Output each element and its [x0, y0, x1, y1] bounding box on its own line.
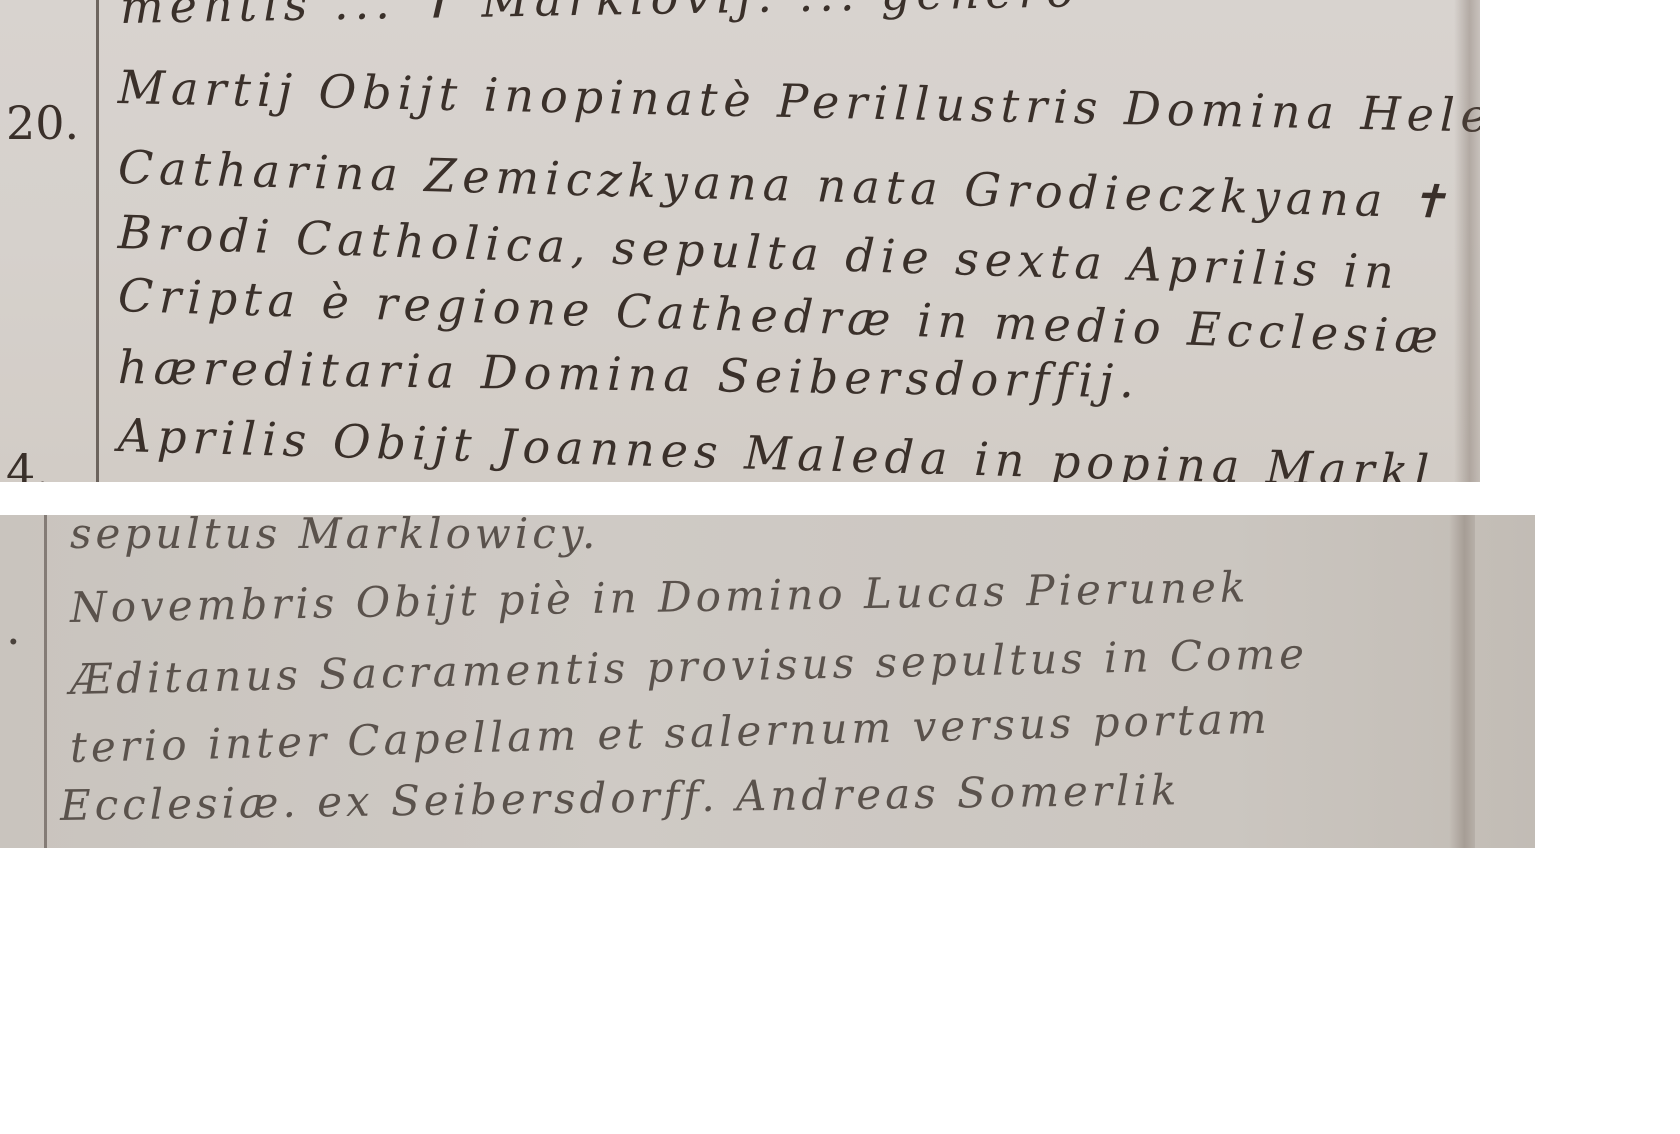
page-edge-shadow — [1454, 0, 1480, 482]
margin-rule — [96, 0, 99, 482]
entry-day-number: . — [6, 601, 21, 655]
manuscript-line: hæreditaria Domina Seibersdorffij. — [118, 340, 1141, 408]
manuscript-line: Martij Obijt inopinatè Perillustris Domi… — [117, 60, 1480, 144]
manuscript-line: Æditanus Sacramentis provisus sepultus i… — [69, 629, 1308, 704]
manuscript-scan-bottom: sepultus Marklowicy. . Novembris Obijt p… — [0, 515, 1535, 848]
manuscript-line: terio inter Capellam et salernum versus … — [69, 694, 1271, 772]
manuscript-line: Aprilis Obijt Joannes Maleda in popina M… — [117, 408, 1480, 482]
manuscript-line: Novembris Obijt piè in Domino Lucas Pier… — [70, 562, 1250, 632]
entry-day-number: 20. — [6, 96, 79, 150]
margin-rule — [44, 515, 47, 848]
entry-day-number: 4. — [6, 444, 50, 482]
manuscript-line: Ecclesiæ. ex Seibersdorff. Andreas Somer… — [60, 765, 1181, 830]
manuscript-scan-top: mentis ... ✝ Marklovij. ... genero 20. M… — [0, 0, 1480, 482]
page-edge-shadow — [1449, 515, 1475, 848]
manuscript-line: mentis ... ✝ Marklovij. ... genero — [120, 0, 1081, 34]
manuscript-line: sepultus Marklowicy. — [70, 515, 599, 558]
